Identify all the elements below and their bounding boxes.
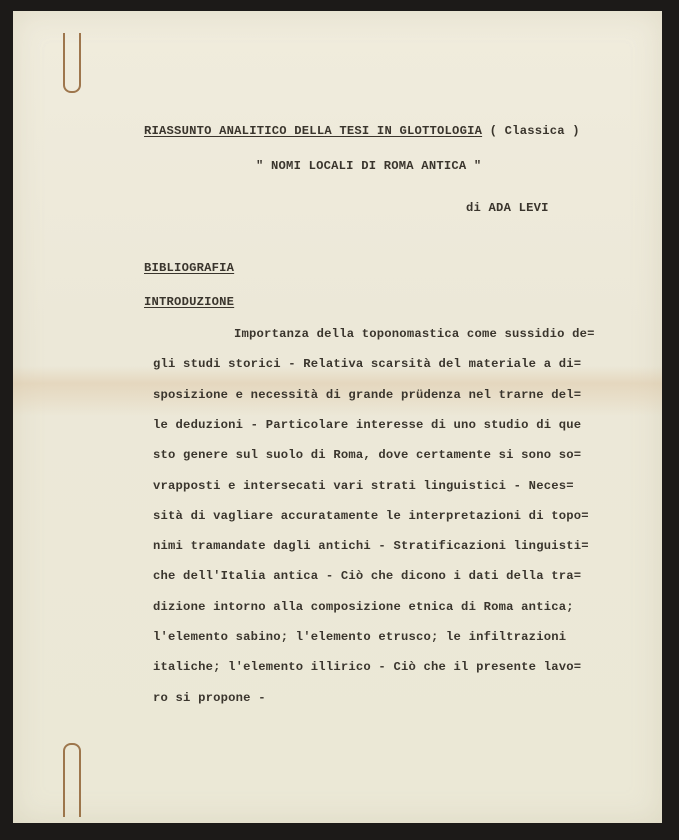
document-subtitle: " NOMI LOCALI DI ROMA ANTICA " — [256, 159, 481, 173]
title-underlined: RIASSUNTO ANALITICO DELLA TESI IN GLOTTO… — [144, 124, 482, 138]
body-line: Importanza della toponomastica come suss… — [234, 327, 595, 341]
document-title: RIASSUNTO ANALITICO DELLA TESI IN GLOTTO… — [144, 124, 580, 138]
section-introduzione: INTRODUZIONE — [144, 295, 234, 309]
body-line: dizione intorno alla composizione etnica… — [153, 600, 574, 614]
body-line: sto genere sul suolo di Roma, dove certa… — [153, 448, 581, 462]
body-line: sità di vagliare accuratamente le interp… — [153, 509, 589, 523]
body-line: nimi tramandate dagli antichi - Stratifi… — [153, 539, 589, 553]
body-line: vrapposti e intersecati vari strati ling… — [153, 479, 574, 493]
body-line: gli studi storici - Relativa scarsità de… — [153, 357, 581, 371]
document-author: di ADA LEVI — [466, 201, 549, 215]
paperclip-icon — [63, 33, 81, 93]
body-line: ro si propone - — [153, 691, 266, 705]
body-line: l'elemento sabino; l'elemento etrusco; l… — [153, 630, 566, 644]
body-line: le deduzioni - Particolare interesse di … — [153, 418, 581, 432]
document-page: RIASSUNTO ANALITICO DELLA TESI IN GLOTTO… — [13, 11, 662, 823]
body-line: che dell'Italia antica - Ciò che dicono … — [153, 569, 581, 583]
section-bibliografia: BIBLIOGRAFIA — [144, 261, 234, 275]
body-line: sposizione e necessità di grande prüdenz… — [153, 388, 581, 402]
body-line: italiche; l'elemento illirico - Ciò che … — [153, 660, 581, 674]
title-suffix: ( Classica ) — [482, 124, 580, 138]
paperclip-icon — [63, 743, 81, 817]
